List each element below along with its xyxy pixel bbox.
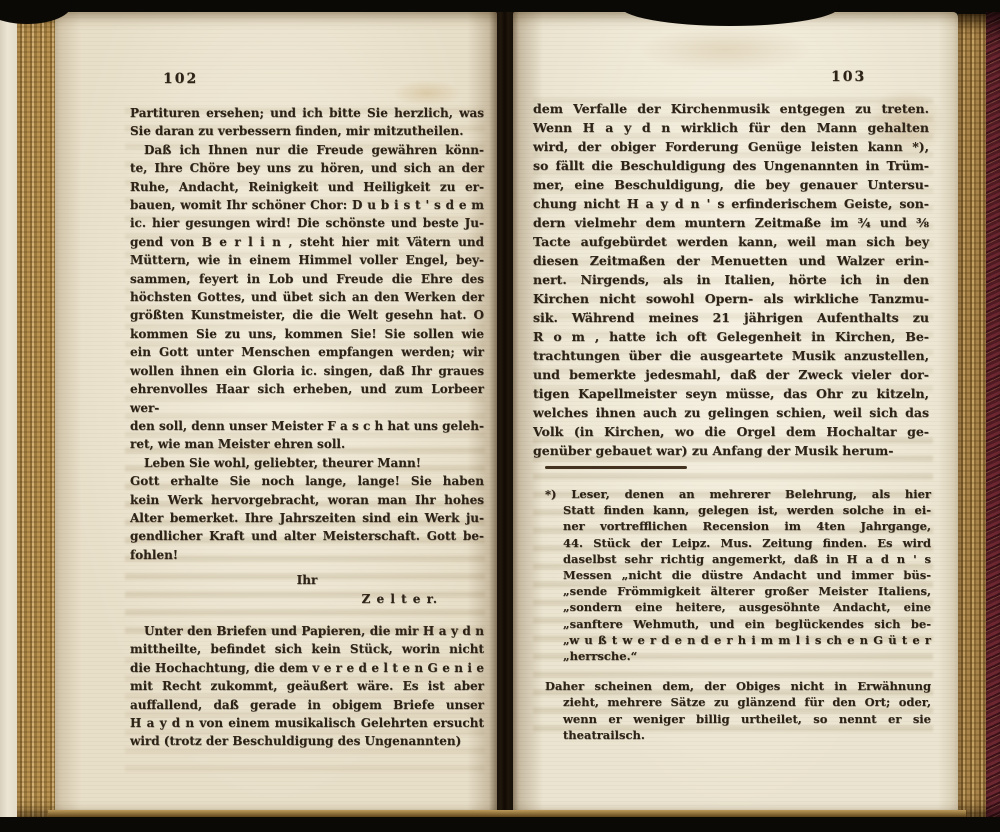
footnote-text: *) Leser, denen an mehrerer Belehrung, a…	[545, 486, 931, 743]
text-line: fohlen!	[130, 546, 484, 564]
gutter-shadow	[489, 8, 519, 822]
text-line: ic. hier gesungen wird! Die schönste und…	[130, 214, 484, 232]
text-line: H a y d n von einem musikalisch Gelehrte…	[130, 714, 484, 732]
text-line: Alter bemerket. Ihre Jahrszeiten sind ei…	[130, 509, 484, 527]
right-page-block-edge	[958, 14, 988, 820]
text-line: „w u ß t w e r d e n d e r h i m m l i s…	[545, 632, 931, 648]
text-line: genüber gebauet war) zu Anfang der Musik…	[533, 441, 929, 460]
text-line: ehrenvolles Haar sich erheben, und zum L…	[130, 380, 484, 417]
text-line: kein Werk hervorgebracht, woran man Ihr …	[130, 491, 484, 509]
text-line: R o m , hatte ich oft Gelegenheit in Kir…	[533, 327, 929, 346]
text-line: zieht, mehrere Sätze zu glänzend für den…	[545, 694, 931, 710]
text-line: Z e l t e r.	[130, 590, 484, 608]
text-line: wollen ihnen ein Gloria ic. singen, daß …	[130, 362, 484, 380]
text-line: und bemerkte jedesmahl, daß der Zweck vi…	[533, 365, 929, 384]
text-line: so fällt die Beschuldigung des Ungenannt…	[533, 156, 929, 175]
text-line: sik. Während meines 21 jährigen Aufentha…	[533, 308, 929, 327]
text-line: Messen „nicht die düstre Andacht und imm…	[545, 567, 931, 583]
text-line: Statt finden kann, gelegen ist, werden s…	[545, 502, 931, 518]
text-line: gendlicher Kraft und alter Meisterschaft…	[130, 527, 484, 545]
text-line: daselbst sehr richtig angemerkt, daß in …	[545, 551, 931, 567]
text-line: „sanftere Wehmuth, und ein beglückendes …	[545, 616, 931, 632]
text-line: sammen, feyert in Lob und Freude die Ehr…	[130, 270, 484, 288]
right-page-text: dem Verfalle der Kirchenmusik entgegen z…	[533, 99, 929, 460]
text-line: Ihr	[130, 571, 484, 589]
text-line: die Hochachtung, die dem v e r e d e l t…	[130, 659, 484, 677]
top-edge	[0, 0, 1000, 12]
book-scan: 102 103 Partituren ersehen; und ich bitt…	[0, 0, 1000, 832]
text-line: ein Gott unter Menschen empfangen werden…	[130, 343, 484, 361]
text-line: Sie daran zu verbessern finden, mir mitz…	[130, 122, 484, 140]
text-line: Tacte aufgebürdet werden kann, weil man …	[533, 232, 929, 251]
bottom-edge	[0, 817, 1000, 832]
page-number-left: 102	[163, 71, 198, 87]
text-line: diesen Zeitmaßen der Menuetten und Walze…	[533, 251, 929, 270]
text-line: den soll, denn unser Meister F a s c h h…	[130, 417, 484, 435]
text-line: chung nicht H a y d n ' s erfinderischem…	[533, 194, 929, 213]
text-line: „sondern eine heitere, ausgesöhnte Andac…	[545, 599, 931, 615]
text-line: Ruhe, Andacht, Reinigkeit und Heiligkeit…	[130, 178, 484, 196]
text-line: te, Ihre Chöre bey uns zu hören, und sic…	[130, 159, 484, 177]
text-line: dem Verfalle der Kirchenmusik entgegen z…	[533, 99, 929, 118]
text-line: dern vielmehr dem muntern Zeitmaße im ¾ …	[533, 213, 929, 232]
text-line: gend von B e r l i n , steht hier mit Vä…	[130, 233, 484, 251]
text-line: auffallend, daß gerade in obigem Briefe …	[130, 696, 484, 714]
text-line: trachtungen über die ausgeartete Musik a…	[533, 346, 929, 365]
text-line: Unter den Briefen und Papieren, die mir …	[130, 622, 484, 640]
text-line: Leben Sie wohl, geliebter, theurer Mann!	[130, 454, 484, 472]
text-line: Gott erhalte Sie noch lange, lange! Sie …	[130, 472, 484, 490]
text-line: Daher scheinen dem, der Obiges nicht in …	[545, 678, 931, 694]
text-line: höchsten Gottes, und übet sich an den We…	[130, 288, 484, 306]
text-line: kommen Sie zu uns, kommen Sie! Sie solle…	[130, 325, 484, 343]
text-line: Müttern, wie in einem Himmel voller Enge…	[130, 251, 484, 269]
text-line: Daß ich Ihnen nur die Freude gewähren kö…	[130, 141, 484, 159]
text-line: wird, der obiger Forderung Genüge leiste…	[533, 137, 929, 156]
left-page-text: Partituren ersehen; und ich bitte Sie he…	[130, 104, 484, 751]
text-line: bauen, womit Ihr schöner Chor: D u b i s…	[130, 196, 484, 214]
text-line: nert. Nirgends, als in Italien, hörte ic…	[533, 270, 929, 289]
text-line: Partituren ersehen; und ich bitte Sie he…	[130, 104, 484, 122]
text-line: Wenn H a y d n wirklich für den Mann geh…	[533, 118, 929, 137]
text-line: theatrailsch.	[545, 727, 931, 743]
marbled-cover-edge	[986, 0, 1000, 832]
text-line: ner vortrefflichen Recension im 4ten Jah…	[545, 518, 931, 534]
text-line: Volk (in Kirchen, wo die Orgel dem Hocha…	[533, 422, 929, 441]
page-number-right: 103	[831, 69, 866, 85]
left-page-block-edge	[17, 12, 57, 818]
text-line: ret, wie man Meister ehren soll.	[130, 435, 484, 453]
footnote-separator	[545, 466, 687, 469]
text-line: „sende Frömmigkeit älterer großer Meiste…	[545, 583, 931, 599]
text-line: welches ihnen auch zu gelingen schien, w…	[533, 403, 929, 422]
text-line: „herrsche.“	[545, 648, 931, 664]
text-line: größten Kunstmeister, die die Welt geseh…	[130, 306, 484, 324]
text-line: mit Recht zukommt, geäußert wäre. Es ist…	[130, 677, 484, 695]
text-line: mittheilte, befindet sich kein Stück, wo…	[130, 640, 484, 658]
text-line: 44. Stück der Leipz. Mus. Zeitung finden…	[545, 535, 931, 551]
text-line: *) Leser, denen an mehrerer Belehrung, a…	[545, 486, 931, 502]
text-line: wird (trotz der Beschuldigung des Ungena…	[130, 732, 484, 750]
text-line: mer, eine Beschuldigung, die bey genauer…	[533, 175, 929, 194]
text-line: Kirchen nicht sowohl Opern- als wirklich…	[533, 289, 929, 308]
text-line: tigen Kapellmeister seyn müsse, das Ohr …	[533, 384, 929, 403]
text-line: wenn er weniger billig urtheilet, so nen…	[545, 711, 931, 727]
